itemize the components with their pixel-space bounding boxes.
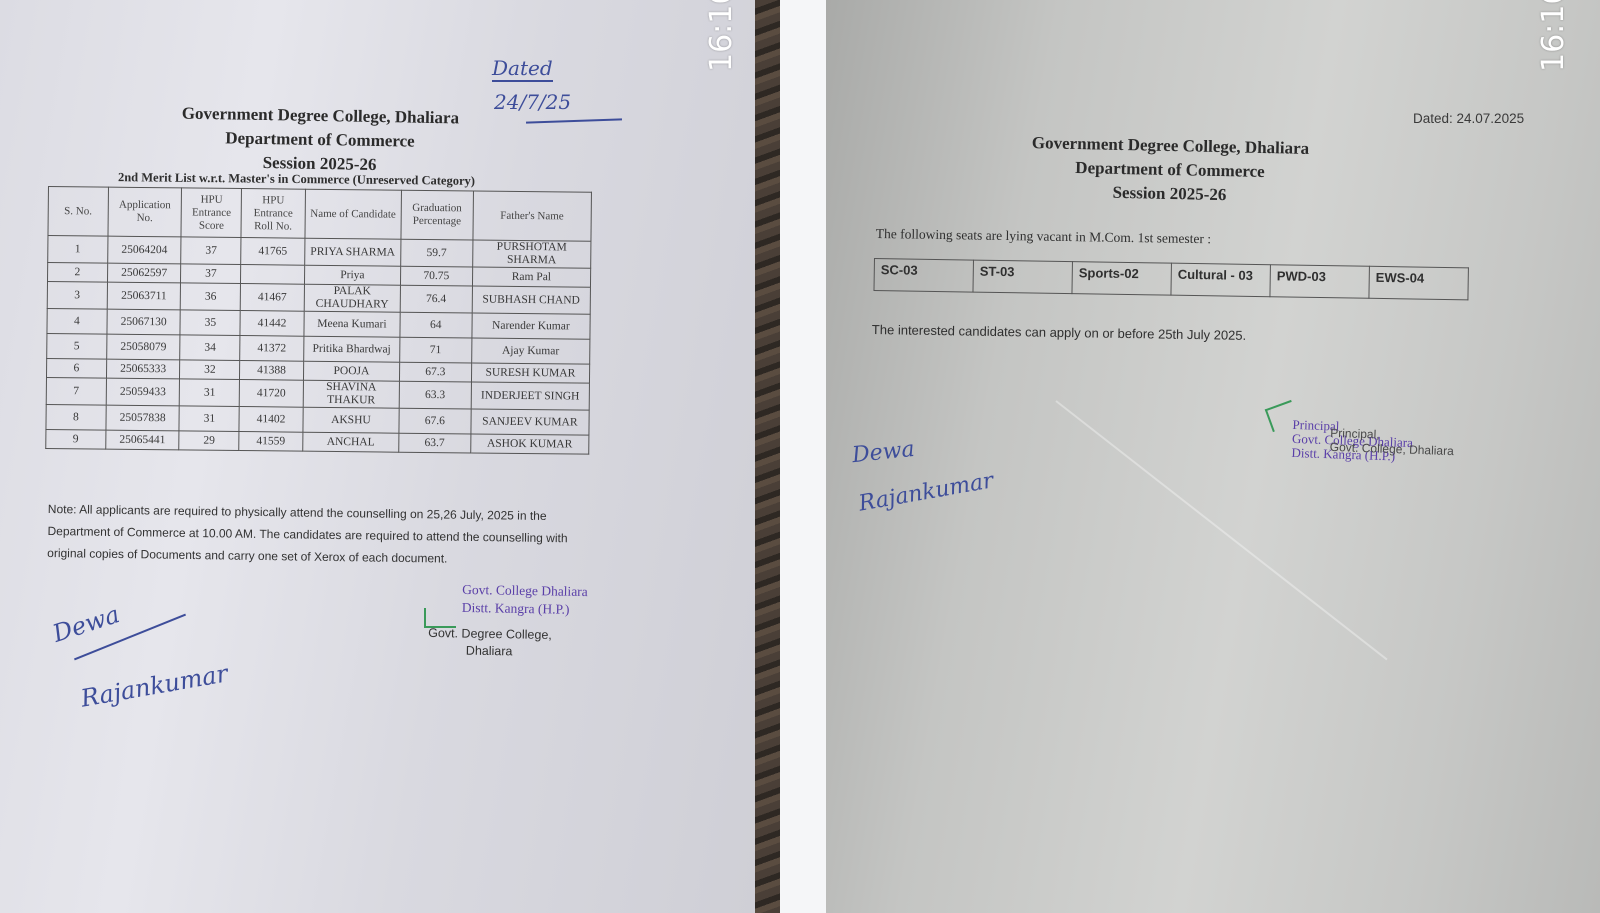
green-signature-mark bbox=[424, 608, 456, 628]
table-cell: Narender Kumar bbox=[472, 313, 591, 339]
table-cell: Ajay Kumar bbox=[471, 338, 590, 364]
table-cell: 31 bbox=[179, 406, 239, 432]
table-cell: 67.3 bbox=[399, 362, 471, 382]
table-cell: 41388 bbox=[240, 361, 304, 381]
table-cell: 41467 bbox=[240, 284, 304, 312]
handwritten-dated-label: Dated bbox=[492, 56, 553, 82]
table-cell: 31 bbox=[180, 379, 240, 407]
table-cell: Meena Kumari bbox=[304, 311, 400, 337]
table-cell: 25064204 bbox=[107, 236, 181, 264]
table-cell: 64 bbox=[400, 312, 472, 338]
seat-category-cell: EWS-04 bbox=[1369, 266, 1468, 300]
merit-list-table: S. No. Application No. HPU Entrance Scor… bbox=[45, 186, 592, 455]
merit-table-body: 1250642043741765PRIYA SHARMA59.7PURSHOTA… bbox=[46, 236, 591, 455]
seat-category-cell: Cultural - 03 bbox=[1171, 263, 1270, 297]
table-cell bbox=[241, 265, 305, 285]
table-cell: SANJEEV KUMAR bbox=[471, 409, 590, 435]
timestamp-right: 16:16 bbox=[1536, 0, 1571, 72]
handwritten-date: 24/7/25 bbox=[494, 90, 571, 114]
timestamp-left: 16:16 bbox=[704, 0, 739, 72]
table-cell: 34 bbox=[180, 335, 240, 361]
table-cell: Ram Pal bbox=[472, 267, 591, 287]
signatory-left: Govt. Degree College, Dhaliara bbox=[428, 625, 552, 661]
table-cell: 3 bbox=[47, 282, 107, 310]
table-cell: 25063711 bbox=[107, 282, 181, 310]
seat-category-cell: PWD-03 bbox=[1270, 265, 1369, 299]
table-cell: PRIYA SHARMA bbox=[305, 238, 401, 266]
signatory-right: Principal, Govt. College, Dhaliara bbox=[1330, 426, 1455, 458]
col-application-no: Application No. bbox=[108, 187, 182, 237]
stamp-line: Distt. Kangra (H.P.) bbox=[462, 599, 588, 619]
left-header: Government Degree College, Dhaliara Depa… bbox=[149, 101, 490, 179]
table-cell: Pritika Bhardwaj bbox=[304, 336, 400, 362]
table-cell: 63.7 bbox=[399, 433, 471, 453]
seat-category-cell: ST-03 bbox=[973, 260, 1072, 294]
table-cell: 63.3 bbox=[399, 381, 471, 409]
table-cell: 59.7 bbox=[401, 239, 473, 267]
table-cell: 41765 bbox=[241, 238, 305, 266]
table-cell: Priya bbox=[304, 265, 400, 285]
col-roll-no: HPU Entrance Roll No. bbox=[241, 189, 305, 239]
table-cell: 41442 bbox=[240, 311, 304, 337]
table-cell: 25062597 bbox=[107, 263, 181, 283]
stamp-line: Govt. College Dhaliara bbox=[462, 581, 588, 601]
table-cell: 67.6 bbox=[399, 408, 471, 434]
table-cell: 41372 bbox=[240, 336, 304, 362]
table-cell: 37 bbox=[181, 264, 241, 284]
right-header: Government Degree College, Dhaliara Depa… bbox=[989, 130, 1350, 210]
table-cell: 9 bbox=[46, 429, 106, 449]
table-cell: SURESH KUMAR bbox=[471, 363, 590, 383]
table-cell: 25058079 bbox=[106, 334, 180, 360]
table-cell: 5 bbox=[47, 333, 107, 359]
col-entrance-score: HPU Entrance Score bbox=[181, 188, 241, 238]
table-cell: 32 bbox=[180, 360, 240, 380]
counselling-note: Note: All applicants are required to phy… bbox=[47, 498, 588, 572]
table-cell: 36 bbox=[181, 283, 241, 311]
table-cell: POOJA bbox=[303, 361, 399, 381]
table-cell: 25065333 bbox=[106, 359, 180, 379]
table-cell: 25065441 bbox=[105, 430, 179, 450]
table-cell: INDERJEET SINGH bbox=[471, 382, 590, 410]
table-cell: 70.75 bbox=[400, 266, 472, 286]
table-cell: 41559 bbox=[239, 432, 303, 452]
table-cell: 71 bbox=[400, 337, 472, 363]
image-divider bbox=[780, 0, 826, 913]
signatory-line: Dhaliara bbox=[428, 642, 552, 661]
table-cell: 2 bbox=[47, 263, 107, 283]
table-header-row: S. No. Application No. HPU Entrance Scor… bbox=[48, 187, 591, 242]
table-cell: 6 bbox=[46, 358, 106, 378]
seat-category-cell: SC-03 bbox=[874, 259, 973, 293]
table-cell: 76.4 bbox=[400, 285, 472, 313]
table-cell: 25067130 bbox=[107, 309, 181, 335]
seat-category-cell: Sports-02 bbox=[1072, 262, 1171, 296]
col-candidate-name: Name of Candidate bbox=[305, 189, 402, 239]
table-cell: 25057838 bbox=[106, 405, 180, 431]
principal-stamp-left: Govt. College Dhaliara Distt. Kangra (H.… bbox=[462, 581, 588, 619]
col-father-name: Father's Name bbox=[473, 191, 592, 241]
table-cell: 35 bbox=[180, 310, 240, 336]
dated-label: Dated: 24.07.2025 bbox=[1413, 111, 1524, 126]
table-cell: 25059433 bbox=[106, 378, 180, 406]
table-cell: 8 bbox=[46, 404, 106, 430]
table-cell: 4 bbox=[47, 308, 107, 334]
table-cell: 29 bbox=[179, 431, 239, 451]
table-cell: 1 bbox=[48, 236, 108, 264]
table-cell: AKSHU bbox=[303, 407, 399, 433]
table-cell: ANCHAL bbox=[303, 432, 399, 452]
table-cell: 37 bbox=[181, 237, 241, 265]
background-surface bbox=[755, 0, 780, 913]
table-cell: 41720 bbox=[239, 380, 303, 408]
table-cell: SHAVINA THAKUR bbox=[303, 380, 399, 408]
col-sno: S. No. bbox=[48, 187, 108, 237]
table-cell: 41402 bbox=[239, 407, 303, 433]
table-cell: ASHOK KUMAR bbox=[470, 434, 589, 454]
table-cell: PURSHOTAM SHARMA bbox=[472, 240, 591, 268]
table-cell: SUBHASH CHAND bbox=[472, 286, 591, 314]
col-graduation-pct: Graduation Percentage bbox=[401, 190, 473, 240]
table-cell: 7 bbox=[46, 377, 106, 405]
table-cell: PALAK CHAUDHARY bbox=[304, 284, 400, 312]
